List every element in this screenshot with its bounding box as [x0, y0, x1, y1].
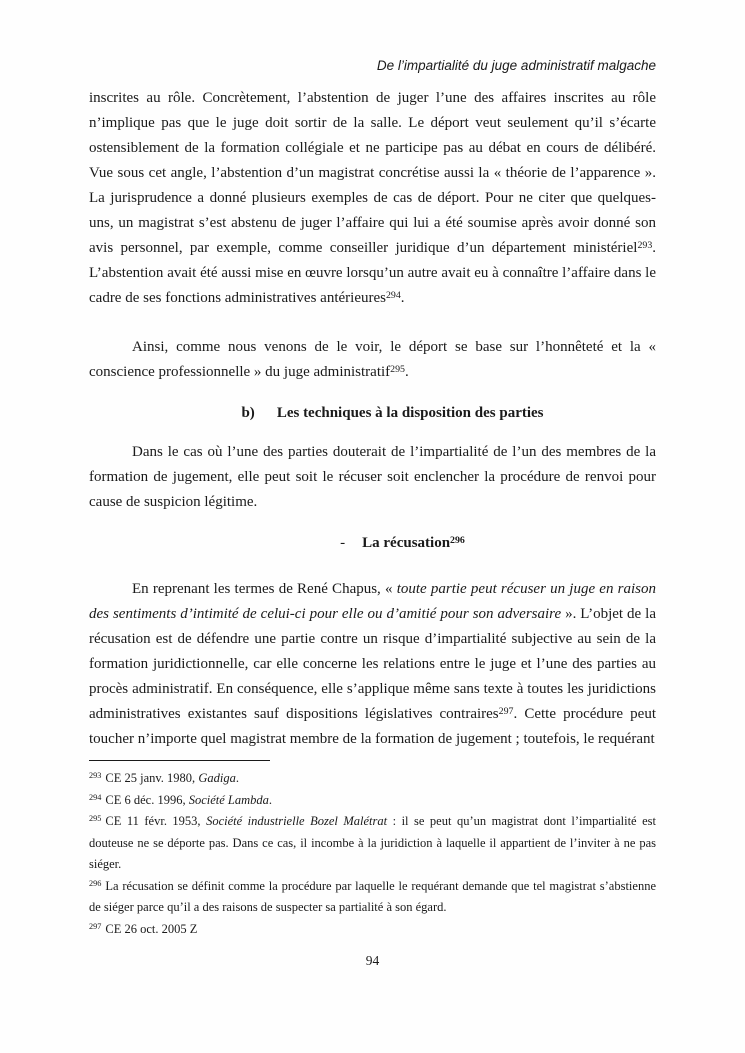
footnote-number: 294	[89, 793, 101, 802]
footnote-reference: 296	[450, 535, 465, 546]
footnote: 296La récusation se définit comme la pro…	[89, 876, 656, 919]
footnote-text: CE 25 janv. 1980, Gadiga.	[105, 771, 239, 785]
footnote-text: CE 26 oct. 2005 Z	[105, 922, 197, 936]
page-number: 94	[0, 952, 745, 970]
running-header: De l’impartialité du juge administratif …	[89, 57, 656, 75]
footnote-separator	[89, 760, 270, 761]
footnotes-section: 293CE 25 janv. 1980, Gadiga. 294CE 6 déc…	[89, 768, 656, 940]
text-block: inscrites au rôle. Concrètement, l’abste…	[89, 86, 656, 940]
list-heading-dash: -	[340, 531, 345, 556]
section-heading: b) Les techniques à la disposition des p…	[89, 401, 656, 426]
paragraph: inscrites au rôle. Concrètement, l’abste…	[89, 86, 656, 311]
footnote-number: 295	[89, 814, 101, 823]
footnote-text: CE 11 févr. 1953, Société industrielle B…	[89, 814, 656, 871]
list-heading-text: La récusation	[362, 535, 450, 551]
footnote: 293CE 25 janv. 1980, Gadiga.	[89, 768, 656, 790]
section-heading-label: Les techniques à la disposition des part…	[277, 401, 544, 426]
footnote-number: 293	[89, 771, 101, 780]
paragraph: En reprenant les termes de René Chapus, …	[89, 577, 656, 752]
footnote: 295CE 11 févr. 1953, Société industriell…	[89, 811, 656, 876]
section-heading-marker: b)	[241, 401, 254, 426]
footnote-number: 296	[89, 879, 101, 888]
list-heading-label: La récusation296	[362, 531, 465, 556]
list-heading: - La récusation296	[89, 531, 656, 556]
paragraph: Ainsi, comme nous venons de le voir, le …	[89, 335, 656, 385]
footnote: 294CE 6 déc. 1996, Société Lambda.	[89, 790, 656, 812]
footnote-text: CE 6 déc. 1996, Société Lambda.	[105, 793, 272, 807]
footnote-text: La récusation se définit comme la procéd…	[89, 879, 656, 915]
paragraph: Dans le cas où l’une des parties doutera…	[89, 440, 656, 515]
document-page: De l’impartialité du juge administratif …	[0, 0, 745, 1053]
footnote-number: 297	[89, 922, 101, 931]
footnote: 297CE 26 oct. 2005 Z	[89, 919, 656, 941]
